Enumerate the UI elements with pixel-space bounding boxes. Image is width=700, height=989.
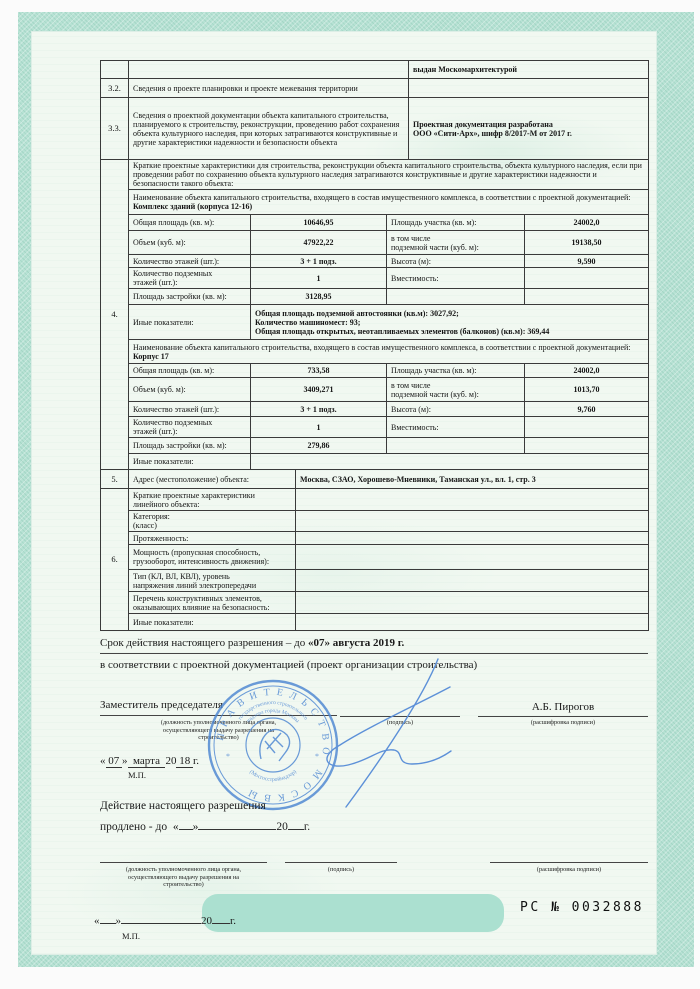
cell-label [129, 61, 409, 79]
cell-label: Вместимость: [387, 268, 525, 289]
cell-label: Площадь застройки (кв. м): [129, 438, 251, 454]
cell-label: Сведения о проектной документации объект… [129, 98, 409, 160]
ext-name-line [490, 862, 648, 863]
cell-number: 3.3. [101, 98, 129, 160]
bottom-day-blank [100, 913, 116, 924]
table-row: выдан Москомархитектурой [101, 61, 649, 79]
cell-label: Вместимость: [387, 417, 525, 438]
table-row: 6. Краткие проектные характеристики лине… [101, 489, 649, 511]
cell-other-indicators: Общая площадь подземной автостоянки (кв.… [251, 305, 649, 340]
ext-year-blank [288, 819, 304, 830]
date-close: » [122, 755, 128, 767]
extension-prefix: продлено - до [100, 821, 167, 833]
cell-value [296, 489, 649, 511]
object-name-prefix: Наименование объекта капитального строит… [133, 193, 631, 202]
cell-value: 1 [251, 417, 387, 438]
cell-value [409, 79, 649, 98]
table-row: Общая площадь (кв. м): 733,58 Площадь уч… [101, 364, 649, 378]
scanned-permit-page: выдан Москомархитектурой 3.2. Сведения о… [0, 0, 700, 989]
table-row: Категория: (класс) [101, 511, 649, 532]
cell-label: Категория: (класс) [129, 511, 296, 532]
cell-label: Количество этажей (шт.): [129, 255, 251, 268]
cell-value [525, 268, 649, 289]
object1-name: Комплекс зданий (корпуса 12-16) [133, 202, 252, 211]
extension-line1: Действие настоящего разрешения [100, 799, 266, 813]
table-row: Объем (куб. м): 3409,271 в том числе под… [101, 378, 649, 402]
teal-highlight-band [202, 894, 504, 932]
cell-number [101, 61, 129, 79]
cell-other-indicators [251, 454, 649, 470]
cell-value [296, 511, 649, 532]
cell-value [296, 532, 649, 545]
table-row: Количество подземных этажей (шт.): 1 Вме… [101, 268, 649, 289]
extension-date-blanks: «»20г. [94, 913, 236, 928]
validity-prefix: Срок действия настоящего разрешения – до [100, 637, 308, 649]
cell-value: 1013,70 [525, 378, 649, 402]
cell-value [525, 289, 649, 305]
cell-value: 19138,50 [525, 231, 649, 255]
date-suffix: г. [193, 755, 199, 767]
permit-serial-number: РС № 0032888 [520, 900, 644, 915]
bottom-month-blank [121, 913, 201, 924]
signature-stroke-flourish [327, 687, 451, 766]
ext-day-blank [179, 819, 193, 830]
cell-number: 4. [101, 160, 129, 470]
cell-label: Высота (м): [387, 402, 525, 417]
cell-label: Количество подземных этажей (шт.): [129, 417, 251, 438]
table-row: Иные показатели: Общая площадь подземной… [101, 305, 649, 340]
cell-value: 733,58 [251, 364, 387, 378]
table-row: 4. Краткие проектные характеристики для … [101, 160, 649, 190]
ext-position-caption: (должность уполномоченного лица органа, … [100, 866, 267, 889]
table-row: Наименование объекта капитального строит… [101, 190, 649, 215]
table-row: Площадь застройки (кв. м): 3128,95 [101, 289, 649, 305]
table-row: Протяженность: [101, 532, 649, 545]
cell-header: Краткие проектные характеристики для стр… [129, 160, 649, 190]
cell-value: 24002,0 [525, 364, 649, 378]
table-row: 5. Адрес (местоположение) объекта: Москв… [101, 470, 649, 489]
cell-label: Высота (м): [387, 255, 525, 268]
table-row: Количество этажей (шт.): 3 + 1 подз. Выс… [101, 255, 649, 268]
table-row: Количество подземных этажей (шт.): 1 Вме… [101, 417, 649, 438]
cell-label: Общая площадь (кв. м): [129, 364, 251, 378]
cell-label: Краткие проектные характеристики линейно… [129, 489, 296, 511]
table-row: Иные показатели: [101, 454, 649, 470]
cell-label: Объем (куб. м): [129, 231, 251, 255]
table-row: Мощность (пропускная способность, грузоо… [101, 545, 649, 570]
ext-suffix: г. [304, 821, 310, 833]
cell-issued-by: выдан Москомархитектурой [409, 61, 649, 79]
cell-label: Иные показатели: [129, 454, 251, 470]
cell-value: 9,760 [525, 402, 649, 417]
cell-label: в том числе подземной части (куб. м): [387, 231, 525, 255]
bottom-suffix: г. [230, 915, 236, 927]
cell-value [296, 614, 649, 631]
cell-label: Иные показатели: [129, 305, 251, 340]
cell-value: 1 [251, 268, 387, 289]
cell-number: 6. [101, 489, 129, 631]
cell-value: 3 + 1 подз. [251, 402, 387, 417]
date-year: 18 [176, 755, 193, 768]
cell-value: 3409,271 [251, 378, 387, 402]
cell-object-name: Наименование объекта капитального строит… [129, 340, 649, 364]
cell-value: 3128,95 [251, 289, 387, 305]
cell-label: Количество подземных этажей (шт.): [129, 268, 251, 289]
issue-date: « 07 » марта 20 18 г. [100, 755, 199, 768]
cell-label: в том числе подземной части (куб. м): [387, 378, 525, 402]
table-row: Общая площадь (кв. м): 10646,95 Площадь … [101, 215, 649, 231]
cell-value: 279,86 [251, 438, 387, 454]
cell-label: Протяженность: [129, 532, 296, 545]
cell-value [296, 545, 649, 570]
table-row: Количество этажей (шт.): 3 + 1 подз. Выс… [101, 402, 649, 417]
table-row: Объем (куб. м): 47922,22 в том числе под… [101, 231, 649, 255]
cell-value: 47922,22 [251, 231, 387, 255]
cell-address: Москва, СЗАО, Хорошево-Мневники, Таманск… [296, 470, 649, 489]
cell-value: 9,590 [525, 255, 649, 268]
stamp-place-label: М.П. [122, 931, 140, 941]
name-line [478, 716, 648, 717]
cell-object-name: Наименование объекта капитального строит… [129, 190, 649, 215]
cell-label: Количество этажей (шт.): [129, 402, 251, 417]
cell-label: Площадь застройки (кв. м): [129, 289, 251, 305]
cell-label: Иные показатели: [129, 614, 296, 631]
ext-month-blank [198, 819, 276, 830]
cell-label: Адрес (местоположение) объекта: [129, 470, 296, 489]
cell-label: Объем (куб. м): [129, 378, 251, 402]
date-day: 07 [106, 755, 123, 768]
stamp-place-label: М.П. [128, 770, 146, 780]
cell-value: 3 + 1 подз. [251, 255, 387, 268]
cell-label: Площадь участка (кв. м): [387, 364, 525, 378]
table-row: 3.3. Сведения о проектной документации о… [101, 98, 649, 160]
date-open: « [100, 755, 106, 767]
stamp-emblem [260, 729, 290, 761]
cell-value [525, 438, 649, 454]
date-century: 20 [165, 755, 176, 767]
cell-value: 10646,95 [251, 215, 387, 231]
ext-position-line [100, 862, 267, 863]
stamp-star-left: * [226, 752, 230, 761]
permit-table: выдан Москомархитектурой 3.2. Сведения о… [100, 60, 649, 631]
extension-line2: продлено - до «»20г. [100, 819, 310, 834]
table-row: Наименование объекта капитального строит… [101, 340, 649, 364]
ext-signature-line [285, 862, 397, 863]
ext-name-caption: (расшифровка подписи) [490, 866, 648, 874]
bottom-century: 20 [201, 915, 212, 927]
name-caption: (расшифровка подписи) [478, 719, 648, 727]
cell-label [387, 438, 525, 454]
cell-label: Сведения о проекте планировки и проекте … [129, 79, 409, 98]
cell-label: Мощность (пропускная способность, грузоо… [129, 545, 296, 570]
table-row: Площадь застройки (кв. м): 279,86 [101, 438, 649, 454]
cell-value: Проектная документация разработана ООО «… [409, 98, 649, 160]
cell-value: 24002,0 [525, 215, 649, 231]
cell-label: Перечень конструктивных элементов, оказы… [129, 592, 296, 614]
cell-value [296, 570, 649, 592]
cell-value [525, 417, 649, 438]
cell-label [387, 289, 525, 305]
object-name-prefix: Наименование объекта капитального строит… [133, 343, 631, 352]
cell-label: Площадь участка (кв. м): [387, 215, 525, 231]
table-row: Перечень конструктивных элементов, оказы… [101, 592, 649, 614]
table-row: Тип (КЛ, ВЛ, КВЛ), уровень напряжения ли… [101, 570, 649, 592]
ext-century: 20 [276, 821, 288, 833]
cell-label: Общая площадь (кв. м): [129, 215, 251, 231]
date-month: марта [128, 755, 166, 768]
cell-label: Тип (КЛ, ВЛ, КВЛ), уровень напряжения ли… [129, 570, 296, 592]
bottom-year-blank [212, 913, 230, 924]
table-row: 3.2. Сведения о проекте планировки и про… [101, 79, 649, 98]
object2-name: Корпус 17 [133, 352, 169, 361]
signer-name: А.Б. Пирогов [478, 701, 648, 714]
cell-number: 5. [101, 470, 129, 489]
signature [288, 652, 468, 817]
cell-value [296, 592, 649, 614]
table-row: Иные показатели: [101, 614, 649, 631]
ext-signature-caption: (подпись) [285, 866, 397, 874]
cell-number: 3.2. [101, 79, 129, 98]
validity-date: «07» августа 2019 г. [308, 637, 404, 649]
